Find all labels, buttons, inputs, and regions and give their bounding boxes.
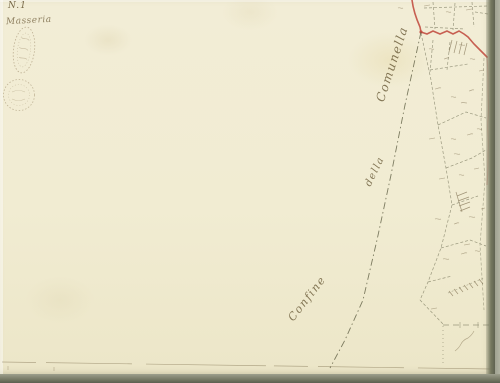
page-edge-bottom-shadow: [0, 374, 500, 383]
page-edge-right: [486, 0, 495, 383]
map-sheet: [0, 0, 495, 376]
sheet-number: N.1: [8, 1, 27, 11]
scan-background-right: [495, 0, 500, 383]
scanned-map-page: N.1 Masseria Comunella della Confine: [0, 0, 500, 383]
